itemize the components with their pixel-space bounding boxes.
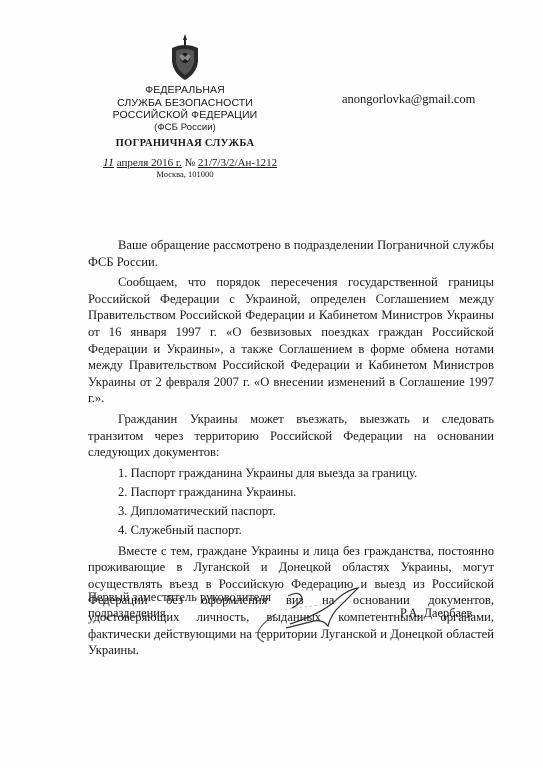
documents-list: 1. Паспорт гражданина Украины для выезда… [88,465,494,539]
paragraph: Сообщаем, что порядок пересечения госуда… [88,274,494,407]
list-item: 4. Служебный паспорт. [88,522,494,539]
city-postcode: Москва, 101000 [95,169,275,179]
paragraph: Гражданин Украины может въезжать, выезжа… [88,411,494,461]
org-line: ФЕДЕРАЛЬНАЯ [95,84,275,97]
list-item: 2. Паспорт гражданина Украины. [88,484,494,501]
list-item: 1. Паспорт гражданина Украины для выезда… [88,465,494,482]
position-line: подразделения [88,605,271,621]
recipient-email: anongorlovka@gmail.com [342,92,475,107]
document-number: 21/7/3/2/Ан-1212 [198,157,277,169]
position-line: Первый заместитель руководителя [88,589,271,605]
date-month-year: апреля 2016 г. [117,157,182,169]
paragraph: Ваше обращение рассмотрено в подразделен… [88,237,494,270]
signer-name: Р.А. Даербаев [400,606,472,621]
org-line: (ФСБ России) [95,122,275,135]
fsb-emblem-icon [168,32,202,82]
document-page: ФЕДЕРАЛЬНАЯ СЛУЖБА БЕЗОПАСНОСТИ РОССИЙСК… [0,0,543,768]
organization-name: ФЕДЕРАЛЬНАЯ СЛУЖБА БЕЗОПАСНОСТИ РОССИЙСК… [95,84,275,134]
handwritten-signature-icon [250,580,380,650]
org-line: РОССИЙСКОЙ ФЕДЕРАЦИИ [95,109,275,122]
service-name: ПОГРАНИЧНАЯ СЛУЖБА [95,138,275,149]
list-item: 3. Дипломатический паспорт. [88,503,494,520]
org-line: СЛУЖБА БЕЗОПАСНОСТИ [95,97,275,110]
registration-line: 11 апреля 2016 г. № 21/7/3/2/Ан-1212 [90,155,290,170]
date-day: 11 [103,155,114,169]
number-label: № [185,157,196,169]
signer-position: Первый заместитель руководителя подразде… [88,589,271,621]
